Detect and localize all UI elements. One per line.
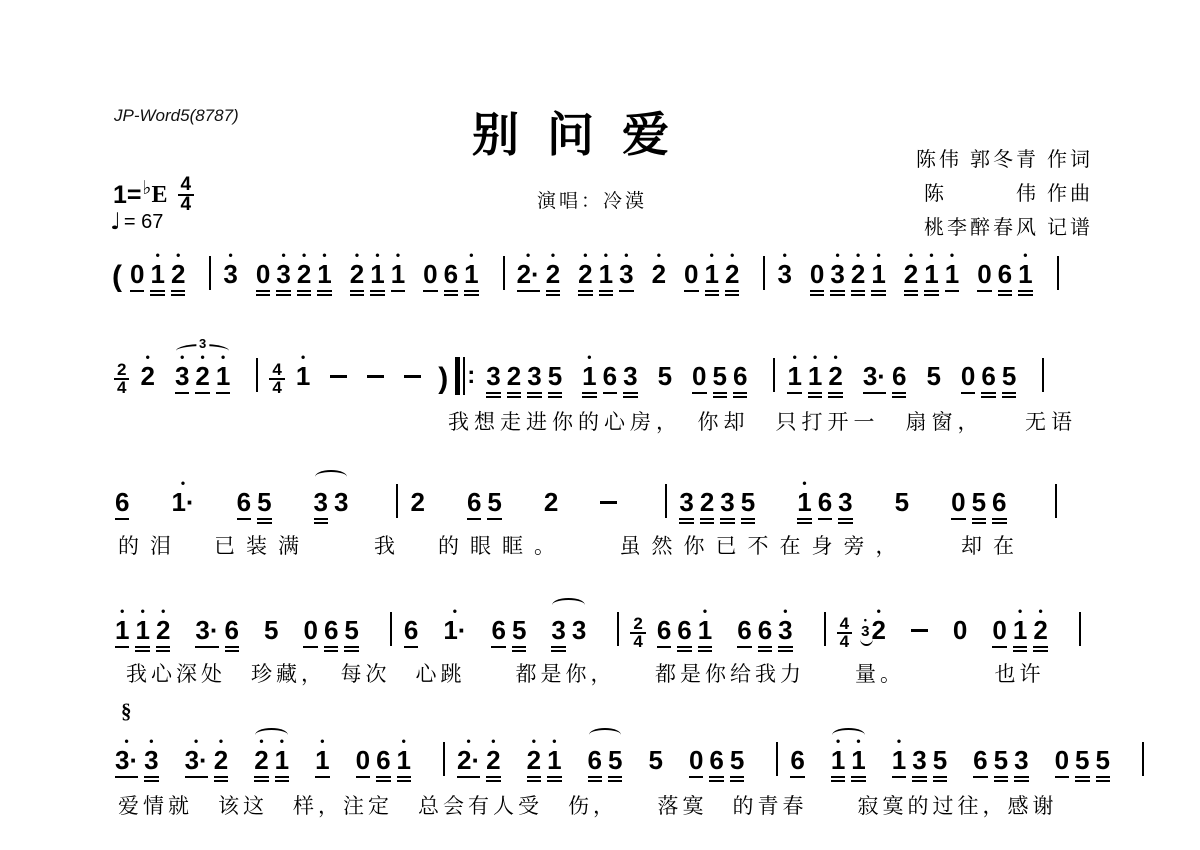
note-digit: •1 (312, 736, 332, 787)
note-digit: 0 (681, 250, 701, 301)
note-group: 6 5 (488, 606, 529, 657)
music-line-2: 24•23•3•2•144•1 ): 3 2 3 5•1 6 3 5 0 5 6… (112, 352, 1053, 403)
note-digit: 6 (674, 606, 694, 657)
note-digit: 0 (989, 606, 1009, 657)
note-digit: 6 (234, 478, 254, 529)
note-digit: •3 (774, 250, 794, 301)
note-digit: •1 (272, 736, 292, 787)
note-digit: 6 (441, 250, 461, 301)
note-digit: 5 (605, 736, 625, 787)
note-digit: 3 (1011, 736, 1031, 787)
note-digit: •1 (942, 250, 962, 301)
note-digit: 3 (676, 478, 696, 529)
note-digit: 6 (488, 606, 508, 657)
note-group: 6 (112, 478, 132, 529)
note-digit: •3 (141, 736, 161, 787)
note-digit: 5 (892, 478, 912, 529)
note-digit: •1 (868, 250, 888, 301)
music-line-3: 6•1· 6 5 3 3 2 6 5 2 3 2 3 5•1 6 3 5 0 5… (112, 478, 1066, 529)
note-digit: 6 (970, 736, 990, 787)
note-digit: 6 (600, 352, 620, 403)
note-group: •1 (293, 352, 313, 403)
note-group: •2·•2 (454, 736, 504, 787)
quarter-note-icon: ♩ (110, 209, 121, 235)
note-digit: 3 (835, 478, 855, 529)
note-digit: •3 (273, 250, 293, 301)
note-digit: 5 (923, 352, 943, 403)
barline (209, 256, 211, 290)
note-digit: •2 (153, 606, 173, 657)
note-group-slur: •1•1 (828, 736, 869, 787)
note-group: 6 (401, 606, 421, 657)
note-group: 0 (950, 606, 970, 657)
note-digit: 6 (787, 736, 807, 787)
flat-icon: ♭ (143, 177, 152, 199)
note-group: •2 (137, 352, 157, 403)
note-digit: •1 (367, 250, 387, 301)
note-digit: 3 (620, 352, 640, 403)
note-group (401, 352, 424, 403)
note-group: 6 (787, 736, 807, 787)
watermark: JP-Word5(8787) (114, 106, 239, 126)
note-digit: •3 (172, 352, 192, 403)
note-digit: •1 (544, 736, 564, 787)
note-group: 3 2 3 5 (483, 352, 565, 403)
barline (763, 256, 765, 290)
note-digit: •2 (722, 250, 742, 301)
note-digit: 3 (569, 606, 589, 657)
note-group: •3 (774, 250, 794, 301)
barline (396, 484, 398, 518)
note-digit: 5 (1093, 736, 1113, 787)
note-digit: 5 (645, 736, 665, 787)
note-group: 0 6•1 (420, 250, 481, 301)
barline (390, 612, 392, 646)
note-group: 3· 6 (192, 606, 242, 657)
note-group: •1•1•2 (112, 606, 173, 657)
note-digit: •2 (868, 606, 888, 657)
note-group: 5 (923, 352, 943, 403)
note-group: •2•1•3 (575, 250, 636, 301)
note-group: •1 6 3 (794, 478, 855, 529)
barline (256, 358, 258, 392)
note-digit: 5 (969, 478, 989, 529)
barline (1079, 612, 1081, 646)
note-digit: •1 (805, 352, 825, 403)
note-digit: •2 (192, 352, 212, 403)
note-digit: 0 (420, 250, 440, 301)
note-digit: •1 (702, 250, 722, 301)
note-digit: •1 (394, 736, 414, 787)
time-sig-denominator: 4 (178, 194, 195, 214)
note-digit: 6 (222, 606, 242, 657)
note-group: 0 6•1 (353, 736, 414, 787)
note-digit: 6 (112, 478, 132, 529)
music-line-1: ( 0•1•2•3 0•3•2•1•2•1•1 0 6•1•2·•2•2•1•3… (112, 250, 1068, 301)
note-digit: 0 (1052, 736, 1072, 787)
parenthesis-symbol: ) (438, 364, 448, 394)
note-digit: 5 (1072, 736, 1092, 787)
note-group: 0•1•2 (127, 250, 188, 301)
note-digit: •1 (596, 250, 616, 301)
note-digit: 0 (300, 606, 320, 657)
dash-note (327, 352, 350, 403)
note-digit: •2 (825, 352, 845, 403)
note-group: •1•1•2 (784, 352, 845, 403)
note-group: 0 6•1 (974, 250, 1035, 301)
note-digit: •2 (848, 250, 868, 301)
note-digit: 2 (504, 352, 524, 403)
note-digit: •2 (137, 352, 157, 403)
note-group-slur: 6 5 (585, 736, 626, 787)
note-digit: 5 (999, 352, 1019, 403)
note-group: •3 (220, 250, 240, 301)
note-group: •1 3 5 (889, 736, 950, 787)
note-group: 5 (645, 736, 665, 787)
note-digit: 6 (373, 736, 393, 787)
note-digit: 6 (585, 736, 605, 787)
note-digit: •1 (784, 352, 804, 403)
note-digit: 3 (909, 736, 929, 787)
note-group (908, 606, 931, 657)
note-digit: •2 (347, 250, 367, 301)
note-digit: •1 (112, 606, 132, 657)
note-digit: •2 (168, 250, 188, 301)
note-digit: 5 (484, 478, 504, 529)
note-digit: 6 (755, 606, 775, 657)
note-digit: 6 (978, 352, 998, 403)
note-digit: •1 (889, 736, 909, 787)
note-digit: 6 (989, 478, 1009, 529)
note-digit: 5 (509, 606, 529, 657)
time-sig-numerator: 4 (178, 176, 195, 194)
note-digit: •2 (543, 250, 563, 301)
note-digit: •1 (132, 606, 152, 657)
note-digit: 5 (738, 478, 758, 529)
note-digit: •1 (794, 478, 814, 529)
note-digit: 5 (261, 606, 281, 657)
begin-repeat-sign: : (455, 357, 475, 395)
dash-note (364, 352, 387, 403)
note-group: 0•3•2•1 (807, 250, 889, 301)
note-digit: •1 (695, 606, 715, 657)
barline (824, 612, 826, 646)
note-digit: •3 (775, 606, 795, 657)
sheet-music-page: { "colors": { "paper": "#ffffff", "ink":… (0, 0, 1200, 850)
note-group: 5 (892, 478, 912, 529)
note-group: •2•1 (524, 736, 565, 787)
note-digit: 6 (889, 352, 909, 403)
note-group (597, 478, 620, 529)
note-group: 3· 6 (860, 352, 910, 403)
note-digit: •3· (112, 736, 141, 787)
note-digit: 6 (995, 250, 1015, 301)
note-digit: •1 (1015, 250, 1035, 301)
performer-line: 演唱：冷漠 (537, 186, 647, 213)
note-digit: 0 (686, 736, 706, 787)
note-digit: •1 (293, 352, 313, 403)
note-group: 6 6•1 (654, 606, 715, 657)
note-digit: •1 (461, 250, 481, 301)
barline (1042, 358, 1044, 392)
note-digit: 5 (930, 736, 950, 787)
barline (503, 256, 505, 290)
note-group: 0•1•2 (681, 250, 742, 301)
note-group-slur: 3 3 (548, 606, 589, 657)
note-group: 0 5 6 (948, 478, 1009, 529)
key-prefix: 1= (113, 181, 142, 210)
segno-icon: § (121, 699, 132, 724)
note-digit: •1 (314, 250, 334, 301)
note-digit: •1 (213, 352, 233, 403)
note-digit: •1 (1010, 606, 1030, 657)
note-group: •3•2 (860, 606, 889, 657)
dash-note (401, 352, 424, 403)
note-digit: 0 (127, 250, 147, 301)
lyrics-line-2: 的泪 已装满 我 的眼眶。 虽然你已不在身旁， 却在 (118, 530, 1025, 560)
lyricist-credit: 陈伟 郭冬青 作词 (916, 143, 1093, 177)
tempo-marking: ♩ = 67 (110, 209, 163, 235)
note-digit: •2 (901, 250, 921, 301)
note-group-slur: 3•3•2•1 (172, 352, 233, 403)
note-group: •2•1•1 (901, 250, 962, 301)
barline (773, 358, 775, 392)
note-digit: 0 (958, 352, 978, 403)
note-digit: •1· (440, 606, 469, 657)
note-group-slur: 3 3 (311, 478, 352, 529)
barline (776, 742, 778, 776)
note-digit: 6 (321, 606, 341, 657)
note-digit: •2 (649, 250, 669, 301)
note-digit: •2 (524, 736, 544, 787)
barline (443, 742, 445, 776)
note-group: 0 6 5 (958, 352, 1019, 403)
note-group: 5 (261, 606, 281, 657)
transcriber-credit: 桃李醉春风 记谱 (916, 211, 1093, 245)
barline (1057, 256, 1059, 290)
note-digit: 3 (524, 352, 544, 403)
note-digit: 5 (655, 352, 675, 403)
note-group: •2•1•1 (347, 250, 408, 301)
note-digit: •2 (211, 736, 231, 787)
note-digit: •1 (388, 250, 408, 301)
note-digit: 3 (311, 478, 331, 529)
note-group: 0•1•2 (989, 606, 1050, 657)
note-digit: 3· (192, 606, 221, 657)
tempo-value: = 67 (124, 211, 163, 234)
note-digit: 2 (407, 478, 427, 529)
note-group: 2 (407, 478, 427, 529)
note-digit: •1 (147, 250, 167, 301)
note-digit: 3 (483, 352, 503, 403)
note-digit: •1 (848, 736, 868, 787)
note-group: •1 (312, 736, 332, 787)
note-group: •1· (168, 478, 197, 529)
barline (1055, 484, 1057, 518)
song-title: 别问爱 (472, 98, 697, 165)
key-note: E (151, 182, 167, 209)
composer-credit: 陈 伟 作曲 (916, 177, 1093, 211)
note-group: 0 5 5 (1052, 736, 1113, 787)
note-group: 6 6•3 (734, 606, 795, 657)
note-digit: •2· (454, 736, 483, 787)
note-digit: 5 (341, 606, 361, 657)
note-group: 6 5 3 (970, 736, 1031, 787)
note-digit: 0 (253, 250, 273, 301)
lyrics-line-4: 爱情就 该这 样，注定 总会有人受 伤， 落寞 的青春 寂寞的过往，感谢 (118, 790, 1058, 820)
note-digit: •3 (220, 250, 240, 301)
note-digit: 0 (353, 736, 373, 787)
note-group: 0 6 5 (686, 736, 747, 787)
music-line-4: •1•1•2 3· 6 5 0 6 5 6•1· 6 5 3 324 6 6•1… (112, 606, 1090, 657)
barline (665, 484, 667, 518)
note-group: 0 5 6 (689, 352, 750, 403)
lyrics-line-1: 我想走进你的心房， 你却 只打开一 扇窗， 无语 (448, 406, 1077, 436)
barline (617, 612, 619, 646)
time-signature: 24 (114, 362, 129, 396)
triplet-number: 3 (196, 336, 209, 351)
note-group-slur: •2•1 (251, 736, 292, 787)
note-group: 6 5 (234, 478, 275, 529)
note-group: 2 (541, 478, 561, 529)
note-digit: 5 (991, 736, 1011, 787)
note-digit: •2 (575, 250, 595, 301)
note-group: •3·•3 (112, 736, 162, 787)
parenthesis-symbol: ( (112, 262, 122, 292)
note-digit: 0 (950, 606, 970, 657)
note-group: 5 (655, 352, 675, 403)
note-digit: 3 (331, 478, 351, 529)
note-digit: 2 (697, 478, 717, 529)
lyrics-line-3: 我心深处 珍藏， 每次 心跳 都是你， 都是你给我力 量。 也许 (126, 658, 1045, 688)
score-document: JP-Word5(8787) 别问爱 演唱：冷漠 1= ♭ E 44 ♩ = 6… (0, 0, 1200, 850)
note-group (364, 352, 387, 403)
note-group: •2·•2 (514, 250, 564, 301)
note-digit: •3· (182, 736, 211, 787)
note-group: •1· (440, 606, 469, 657)
note-digit: •2 (1030, 606, 1050, 657)
note-digit: 3 (717, 478, 737, 529)
note-digit: •2 (483, 736, 503, 787)
time-signature: 44 (837, 616, 852, 650)
note-digit: 6 (401, 606, 421, 657)
note-group: 6 5 (464, 478, 505, 529)
note-digit: •2· (514, 250, 543, 301)
note-digit: 0 (689, 352, 709, 403)
note-digit: 5 (727, 736, 747, 787)
note-digit: 6 (706, 736, 726, 787)
note-digit: 6 (654, 606, 674, 657)
music-line-5: •3·•3•3·•2•2•1•1 0 6•1•2·•2•2•1 6 5 5 0 … (112, 736, 1153, 787)
note-digit: •3 (827, 250, 847, 301)
note-group: 0 6 5 (300, 606, 361, 657)
credits-block: 陈伟 郭冬青 作词 陈 伟 作曲 桃李醉春风 记谱 (916, 143, 1093, 245)
note-digit: 0 (974, 250, 994, 301)
note-digit: 6 (734, 606, 754, 657)
dash-note (908, 606, 931, 657)
note-group (327, 352, 350, 403)
note-digit: 5 (710, 352, 730, 403)
dash-note (597, 478, 620, 529)
note-digit: 3 (548, 606, 568, 657)
note-digit: •1 (921, 250, 941, 301)
note-group: •1 6 3 (579, 352, 640, 403)
time-signature: 24 (630, 616, 645, 650)
note-digit: 5 (545, 352, 565, 403)
note-digit: 5 (254, 478, 274, 529)
note-digit: 6 (464, 478, 484, 529)
note-digit: •2 (294, 250, 314, 301)
note-group: 3 2 3 5 (676, 478, 758, 529)
note-digit: 0 (807, 250, 827, 301)
note-digit: 2 (541, 478, 561, 529)
note-digit: •3 (616, 250, 636, 301)
note-digit: 6 (730, 352, 750, 403)
note-group: •2 (649, 250, 669, 301)
note-digit: •2 (251, 736, 271, 787)
note-group: 0•3•2•1 (253, 250, 335, 301)
note-group: •3·•2 (182, 736, 232, 787)
time-signature: 44 (269, 362, 284, 396)
note-digit: 3· (860, 352, 889, 403)
note-digit: •1 (828, 736, 848, 787)
note-digit: 0 (948, 478, 968, 529)
time-signature: 44 (178, 176, 195, 214)
note-digit: 6 (815, 478, 835, 529)
note-digit: •1 (579, 352, 599, 403)
barline (1142, 742, 1144, 776)
note-digit: •1· (168, 478, 197, 529)
